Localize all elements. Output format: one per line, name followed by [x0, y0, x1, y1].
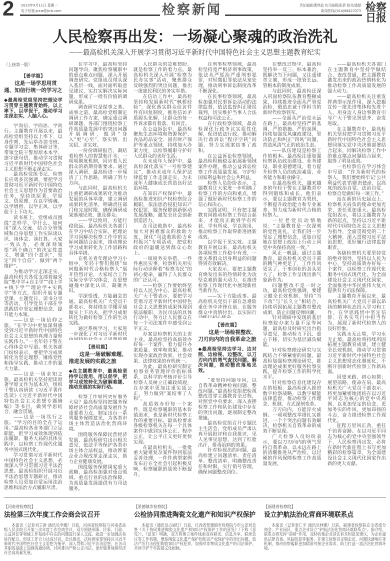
paragraph: ——最高检机关注重发挥典型示范作用，深入挖掘宣传一批先进集体和先进个人，用身边人…: [327, 94, 386, 126]
section-divider: [4, 497, 386, 498]
paragraph: 在信访工作中，最高检坚持和发展新时代“枫桥经验”，深化落实群众信访件件有回复制度…: [133, 94, 192, 126]
paragraph: 以学促干见实效。主题教育开展以来，最高检机关各项检察工作稳中有进，一批关系群众切…: [198, 240, 257, 267]
column-text: 在刑事检察领域，最高检坚持宽严相济刑事政策，依法从严惩治严重刑事犯罪，对轻微犯罪…: [198, 62, 257, 318]
continued-from-page-1: （上接第一版）: [4, 62, 63, 68]
paragraph: 一份份调研报告，凝结着检察人的智慧和汗水；一项项制度机制，回应着人民群众的新期待…: [69, 148, 128, 186]
logo-line-2: 日报: [364, 12, 388, 23]
paragraph: 在整改过程中，最高检坚持举一反三、标本兼治，既解决当下问题，又注重建章立制，形成…: [263, 62, 322, 89]
paragraph: ——实干方能成事。最高检机关党员干部在急难险重任务中冲锋在前，在服务群众中真情付…: [198, 294, 257, 318]
paragraph: 通过系统学习，大家进一步深化了对习近平新时代中国特色社会主义思想的理解和把握，更…: [69, 327, 128, 340]
column-text: “要坚持问题导向，以自我革命精神检视问题、整改问题。”最高检党组把检视整改贯穿主…: [198, 378, 257, 492]
paragraph: 在机关青年理论学习小组中，年轻干警们围绕“如何做新时代合格检察人”展开热烈讨论，…: [69, 256, 128, 294]
column-text: 人民群众的急难愁盼，就是检察工作的着力点。最高检机关深入开展“检察为民办实事”活…: [133, 62, 192, 492]
section-intro: ◆在主题教育中，最高检坚持学以致用、用以促学，把学习成效转化为破解难题、推动发展…: [69, 369, 128, 391]
paragraph: 检察工作如何更好服务大局？最高检坚持把服务保障经济社会高质量发展作为重要着力点，…: [69, 395, 128, 433]
brief-headline: 法检第三次年度工作会商会议召开: [4, 511, 126, 519]
section-label: 【善改篇】: [198, 322, 257, 329]
paragraph: 刀刃向内，方能淬火成钢。一项项整改举措扎实推进，一个个突出问题有效解决，检察机关…: [263, 408, 322, 435]
paragraph: 为此，最高检研究制定检察业务管理评价指标体系，以科学的考核评价引导检察人员树立正…: [133, 364, 192, 402]
issue-date: 2023年9月11日 星期一: [21, 4, 58, 7]
brief-headline: 公检协同推进陶瓷文化遗产和知识产权保护: [134, 511, 256, 519]
lead-article-body: （上接第一版） 【善学篇】 这是一场学思用贯通、知信行统一的学习之旅 ◆最高检党…: [4, 62, 386, 492]
paragraph: “要坚持问题导向，以自我革命精神检视问题、整改问题。”最高检党组把检视整改贯穿主…: [198, 378, 257, 421]
paragraph: 在行政检察领域，最高检深化行政争议实质性化解，促进依法行政，推动解决行政诉讼“程…: [198, 121, 257, 153]
brief-source-label: 【河南省检察院】: [4, 504, 126, 510]
paragraph: 广大检察人员纷纷表示，要以刀刃向内的勇气坚持自我革命，以永远在路上的清醒推进从严…: [263, 434, 322, 466]
section-headline: 这是一场学思用贯通、知信行统一的学习之旅: [4, 80, 63, 94]
section-headline: 这是一场检视整改、刀刃向内的自我革命之旅: [198, 329, 257, 343]
paragraph: 在最高检机关，一批批重大疑难复杂案件得到依法妥善处理，一件件典型案例发布后在全社…: [133, 445, 192, 477]
page-number: 2: [3, 0, 15, 19]
paragraph: ——最高检机关各部门在主题教育中坚持学做结合、查改贯通，把主题教育激发出来的政治…: [327, 62, 386, 94]
paragraph: 办案是检察机关的主责主业。最高检坚持高质效办好每一个案件，着力提升办案质量、效率…: [133, 332, 192, 364]
paragraph: 在司法救助中，最高检加大对困难群众的救助力度，深化“司法救助助力乡村振兴”专项活…: [133, 224, 192, 256]
column-text: ——最高检机关各部门在主题教育中坚持学做结合、查改贯通，把主题教育激发出来的政治…: [327, 62, 386, 492]
paragraph: 最高检党组书记、检察长应勇多次强调，要把学习贯彻习近平新时代中国特色社会主义思想…: [4, 172, 63, 215]
column-text: 检察工作如何更好服务大局？最高检坚持把服务保障经济社会高质量发展作为重要着力点，…: [69, 395, 128, 492]
brief-body: 本报讯（通讯员占丽红）日前，江西省景德镇市检察院与市公安局会签《关于协同推进陶瓷…: [134, 523, 256, 560]
article-column-1: （上接第一版） 【善学篇】 这是一场学思用贯通、知信行统一的学习之旅 ◆最高检党…: [4, 62, 63, 492]
paragraph: 学而信、学而思、学而行。主题教育开展以来，最高检党组坚持以上率下、以身作则，先后…: [4, 124, 63, 173]
article-column-4: 在刑事检察领域，最高检坚持宽严相济刑事政策，依法从严惩治严重刑事犯罪，对轻微犯罪…: [198, 62, 257, 492]
paragraph: 针对检视出的问题，最高检建立问题清单、责任清单、整改清单，明确整改责任和时限，实…: [198, 448, 257, 475]
paragraph: 在公益诉讼中，最高检聚焦生态环境和资源保护、食品药品安全、国有财产保护等重点领域…: [133, 127, 192, 159]
paragraph: ——全面从严治党永远在路上。最高检坚持严的基调、严的措施、严的氛围，持续加强党风…: [263, 116, 322, 148]
paragraph: ——检察工作要始终坚持以人民为中心。最高检机关广大干警表示，要把学习贯彻习近平新…: [133, 283, 192, 332]
article-column-3: 人民群众的急难愁盼，就是检察工作的着力点。最高检机关深入开展“检察为民办实事”活…: [133, 62, 192, 492]
column-text: 学而信、学而思、学而行。主题教育开展以来，最高检党组坚持以上率下、以身作则，先后…: [4, 124, 63, 492]
paragraph: ——这是一场求知之旅。最高检机关坚持把读原著学原文作为基本功，组织干警认真研读《…: [4, 372, 63, 415]
paragraph: 与此同时，最高检还深入巩固检察队伍教育整顿成果，持续推进全面从严管党治检，锻造忠…: [263, 89, 322, 116]
paragraph: 针对检察信息化建设存在的短板，最高检深入推进数字检察战略，以数字赋能法律监督，推…: [263, 381, 322, 408]
paragraph: 主题教育开展以来，最高检机关广大党员干部以昂扬的精神状态投入学习和工作，在学思践…: [327, 294, 386, 332]
paragraph: 问题整改不是一时之功。最高检党组强调，要建立健全长效机制，坚持“当下改”与“长久…: [263, 283, 322, 315]
paragraph: 针对调研中发现的基层检察院办案力量不足等问题，最高检及时研究出台指导意见，推动检…: [263, 316, 322, 348]
lead-article-subtitle: ——最高检机关深入开展学习贯彻习近平新时代中国特色社会主义思想主题教育纪实: [0, 49, 390, 57]
paragraph: 风正一帆悬。通过主题教育，最高检机关党员干部的精气神更足了，工作作风更实了，干事…: [263, 251, 322, 283]
article-column-5: 在整改过程中，最高检坚持举一反三、标本兼治，既解决当下问题，又注重建章立制，形成…: [263, 62, 322, 492]
paragraph: 征程万里风正劲，重任千钧再奋蹄。在以习近平同志为核心的党中央坚强领导下，人民检察…: [327, 424, 386, 467]
brief-article-1: 【河南省检察院】 法检第三次年度工作会商会议召开 本报讯（记者刘立新 通讯员李娜…: [4, 504, 126, 560]
paragraph: 站在新的历史起点上，检察机关肩负的使命更加光荣、责任更加重大。最高检党组表示，将…: [327, 197, 386, 251]
brief-article-2: 【景德镇市检察院】 公检协同推进陶瓷文化遗产和知识产权保护 本报讯（通讯员占丽红…: [134, 504, 256, 560]
section-title: 检察新闻: [162, 3, 222, 18]
paragraph: 在知识产权保护中，最高检推进知识产权检察综合履职，依法惩治侵犯知识产权犯罪，服务…: [133, 192, 192, 224]
paragraph: ——队伍建设是检察工作的根本。最高检注重加强检察队伍政治建设、业务建设、职业道德…: [263, 148, 322, 180]
paragraph: 在学习中，最高检坚持问题导向，聚焦检察履职中的重点难点问题，深入开展调查研究。党…: [69, 62, 128, 105]
brief-body: 本报讯（记者刘立新 通讯员李娜）日前，河南省检察院与河南省高级人民法院召开第三次…: [4, 523, 126, 560]
contact-email: 电子信箱:jcxw@jcrb.com: [21, 10, 61, 13]
brief-source-label: 【景德镇市检察院】: [134, 504, 256, 510]
paragraph: 针对检察理论研究与实践结合不够紧密的问题，最高检加强检察理论研究，推动理论成果更…: [263, 348, 322, 380]
paragraph: 一位老党员动情地说：“主题教育是一次深刻的党性洗礼，让我们进一步坚定了理想信念，…: [263, 219, 322, 251]
brief-body: 本报讯（记者张仁平 通讯员林娜）日前，福建省检察院在全省部分商会、产业园区、重点…: [264, 523, 386, 560]
paragraph: 人民群众的急难愁盼，就是检察工作的着力点。最高检机关深入开展“检察为民办实事”活…: [133, 62, 192, 94]
news-hotline: 新闻热线/(010)86423373: [321, 10, 361, 13]
news-briefs: 【河南省检察院】 法检第三次年度工作会商会议召开 本报讯（记者刘立新 通讯员李娜…: [4, 504, 386, 560]
column-text: 在学习中，最高检坚持问题导向，聚焦检察履职中的重点难点问题，深入开展调查研究。党…: [69, 62, 128, 340]
paragraph: 实践永无止境，学习永无止境。最高检将持续巩固拓展主题教育成果，建立健全长效机制，…: [327, 332, 386, 375]
paragraph: 学习贯彻习近平新时代中国特色社会主义思想，必须深入学习贯彻习近平法治思想。最高检…: [4, 453, 63, 491]
paragraph: 围绕服务保障国家重大战略，最高检加强对重点领域、重点行业的法治保障，为高质量发展…: [69, 465, 128, 492]
paragraph: 围绕服务保障民营经济发展，最高检研究出台相关意见，依法平等保护各类市场主体合法权…: [69, 432, 128, 464]
paragraph: 与此同时，最高检机关注重把调研成果转化为推动发展的具体举措，建立调研成果转化清单…: [69, 186, 128, 218]
paragraph: 在刑事检察领域，最高检坚持宽严相济刑事政策，依法从严惩治严重刑事犯罪，对轻微犯罪…: [198, 62, 257, 94]
paragraph: ——学以致用，方能行稳致远。最高检机关各部门在学习中结合实际，把理论学习同解决检…: [69, 219, 128, 257]
paragraph: 高质效办好每一个案件，既是检察履职的基本价值追求，也是新时代检察工作的重要目标。…: [133, 402, 192, 445]
paragraph: 最高检党组召开专题民主生活会，党组成员严肃认真开展批评和自我批评，见人见事见思想…: [198, 421, 257, 448]
editor-credits: 责任编辑/曹烨琼 实习编辑/张倩 校对/潘颖: [300, 4, 361, 7]
paragraph: 在主题教育中，最高检机关坚持把学习贯彻习近平新时代中国特色社会主义思想同落实党中…: [327, 127, 386, 165]
paragraph: 学深悟透，方能融会贯通。最高检机关广大党员干部表示，将持续在学懂弄通做实上下功夫…: [69, 294, 128, 326]
brief-article-3: 【福建省检察院】 设立护航法治化营商环境联系点 本报讯（记者张仁平 通讯员林娜）…: [264, 504, 386, 560]
paragraph: ——这是一场笃行之旅。“学习的目的全在于运用。”最高检各业务部门立足职能，把学习…: [4, 415, 63, 453]
paragraph: ——这是一场信仰之旅。“在学习中更加深刻感受到习近平新时代中国特色社会主义思想的…: [4, 318, 63, 372]
header-rule-right: [225, 15, 362, 16]
section-intro: ◆最高检坚持边学习、边对照、边检视、边整改，以刀刃向内的勇气查找问题、解决问题，…: [198, 347, 257, 374]
paragraph: 大家表示，要把主题教育焕发出来的热情转化为攻坚克难的强大动力，在推进检察工作现代…: [198, 267, 257, 294]
paragraph: 各级检察机关要坚持党的绝对领导，坚持以人民为中心，坚持高质效办好每一个案件，以检…: [327, 251, 386, 294]
section-intro: ◆最高检党组坚持把理论学习贯穿主题教育始终，以上率下、以学促干，推动学习走深走实…: [4, 98, 63, 120]
brief-headline: 设立护航法治化营商环境联系点: [264, 511, 386, 519]
paragraph: 回望来路，初心如磐；展望前路，使命在肩。最高检机关广大党员干部表示，将更加紧密地…: [327, 375, 386, 424]
newspaper-page: 2 2023年9月11日 星期一 电子信箱:jcxw@jcrb.com 检察新闻…: [0, 0, 390, 561]
paragraph: 在公益诉讼检察领域，最高检积极稳妥拓展新领域案件办理，推动公益诉讼检察工作高质量…: [198, 154, 257, 181]
column-text: 在整改过程中，最高检坚持举一反三、标本兼治，既解决当下问题，又注重建章立制，形成…: [263, 62, 322, 492]
newspaper-logo: 检察 日报: [364, 2, 388, 23]
header-rule-left: [20, 15, 160, 16]
paragraph: 在未成年人保护中，最高检深化落实“一号检察建议”，推动未成年人保护法律监督工作走…: [133, 159, 192, 191]
paragraph: 读书班上，党组成员围绕“怎样学、学什么、如何用”深入交流，结合分管领域和自身思想…: [4, 215, 63, 269]
paragraph: 一项项务实举措，一件件惠民实事，检察机关用实际行动诠释着“检察为民”的初心使命，…: [133, 256, 192, 283]
paragraph: 调查研究是谋事之基、成事之道。最高检党组制定调研工作方案，确定重点调研课题，各部…: [69, 105, 128, 148]
paragraph: 在最高检机关，越来越多的年轻干警在主题教育中得到锻炼和成长。他们表示，要以主题教…: [263, 181, 322, 219]
paragraph: 一名检察官在学习体会中写道：“作为新时代的检察人，我们要始终牢记‘公共利益代表’…: [327, 165, 386, 197]
section-headline: 这是一场破解难题、推进发展的实践之旅: [69, 351, 128, 365]
paragraph: 检察人员纷纷表示，主题教育让大家进一步明确了检察工作的方向和重点，增强了做好新时…: [198, 181, 257, 208]
section-label: 【善用篇】: [69, 344, 128, 351]
article-column-2: 在学习中，最高检坚持问题导向，聚焦检察履职中的重点难点问题，深入开展调查研究。党…: [69, 62, 128, 492]
article-column-6: ——最高检机关各部门在主题教育中坚持学做结合、查改贯通，把主题教育激发出来的政治…: [327, 62, 386, 492]
brief-source-label: 【福建省检察院】: [264, 504, 386, 510]
lead-article-title: 人民检察再出发：一场凝心聚魂的政治洗礼: [0, 28, 390, 46]
paragraph: 为推动学习走深走实，最高检机关各党支部普遍采取“集中学+自主学”“线上学+线下学…: [4, 269, 63, 318]
paragraph: 实践证明，只有把主题教育同推动检察工作结合起来，才能真正做到学有所获、学有所成、…: [198, 208, 257, 240]
section-label: 【善学篇】: [4, 73, 63, 80]
paragraph: 在民事检察领域，最高检加强对民事诉讼活动的法律监督，依法监督纠正错误裁判，切实维…: [198, 94, 257, 121]
